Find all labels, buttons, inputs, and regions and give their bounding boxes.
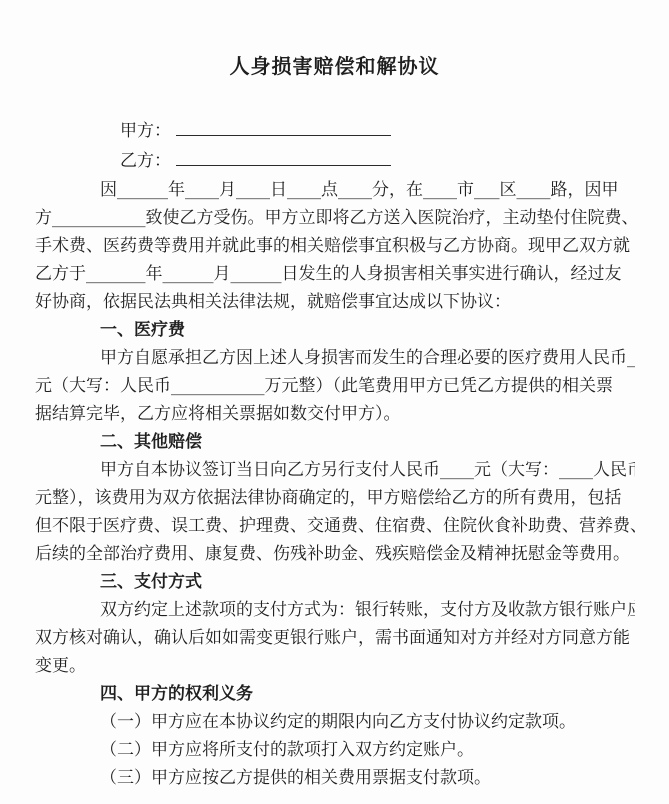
party-b-blank-field <box>176 151 391 166</box>
section-heading-party-a-rights-obligations: 四、甲方的权利义务 <box>35 680 635 708</box>
contract-line: 元整），该费用为双方依据法律协商确定的，甲方赔偿给乙方的所有费用，包括 <box>35 484 635 512</box>
intro-line: 乙方于_______年______月______日发生的人身损害相关事实进行确认… <box>35 260 635 288</box>
document-title: 人身损害赔偿和解协议 <box>0 0 669 80</box>
contract-document-page: 人身损害赔偿和解协议 甲方： 乙方： 因______年____月____日___… <box>0 0 669 804</box>
party-b-label: 乙方： <box>120 146 171 176</box>
intro-line: 因______年____月____日____点____分，在____市___区_… <box>35 176 635 204</box>
party-b-row: 乙方： <box>120 146 669 176</box>
contract-line: 甲方自本协议签订当日向乙方另行支付人民币____元（大写：____人民币万 <box>35 456 635 484</box>
section-heading-medical-fees: 一、医疗费 <box>35 316 635 344</box>
party-a-label: 甲方： <box>120 116 171 146</box>
intro-line: 方___________致使乙方受伤。甲方立即将乙方送入医院治疗，主动垫付住院费… <box>35 204 635 232</box>
contract-line: 变更。 <box>35 652 635 680</box>
contract-body: 因______年____月____日____点____分，在____市___区_… <box>35 176 635 792</box>
party-a-row: 甲方： <box>120 116 669 146</box>
contract-line: 元（大写：人民币___________万元整）（此笔费用甲方已凭乙方提供的相关票 <box>35 372 635 400</box>
clause-item: （二）甲方应将所支付的款项打入双方约定账户。 <box>35 736 635 764</box>
section-heading-payment-method: 三、支付方式 <box>35 568 635 596</box>
contract-line: 双方约定上述款项的支付方式为：银行转账，支付方及收款方银行账户应经 <box>35 596 635 624</box>
clause-item: （一）甲方应在本协议约定的期限内向乙方支付协议约定款项。 <box>35 708 635 736</box>
contract-line: 双方核对确认，确认后如如需变更银行账户，需书面通知对方并经对方同意方能 <box>35 624 635 652</box>
clause-item: （三）甲方应按乙方提供的相关费用票据支付款项。 <box>35 764 635 792</box>
contract-line: 甲方自愿承担乙方因上述人身损害而发生的合理必要的医疗费用人民币__ <box>35 344 635 372</box>
intro-line: 好协商，依据民法典相关法律法规，就赔偿事宜达成以下协议： <box>35 288 635 316</box>
party-a-blank-field <box>176 121 391 136</box>
parties-block: 甲方： 乙方： <box>120 116 669 176</box>
intro-line: 手术费、医药费等费用并就此事的相关赔偿事宜积极与乙方协商。现甲乙双方就 <box>35 232 635 260</box>
contract-line: 据结算完毕，乙方应将相关票据如数交付甲方）。 <box>35 400 635 428</box>
contract-line: 后续的全部治疗费用、康复费、伤残补助金、残疾赔偿金及精神抚慰金等费用。 <box>35 540 635 568</box>
section-heading-other-compensation: 二、其他赔偿 <box>35 428 635 456</box>
contract-line: 但不限于医疗费、误工费、护理费、交通费、住宿费、住院伙食补助费、营养费、 <box>35 512 635 540</box>
